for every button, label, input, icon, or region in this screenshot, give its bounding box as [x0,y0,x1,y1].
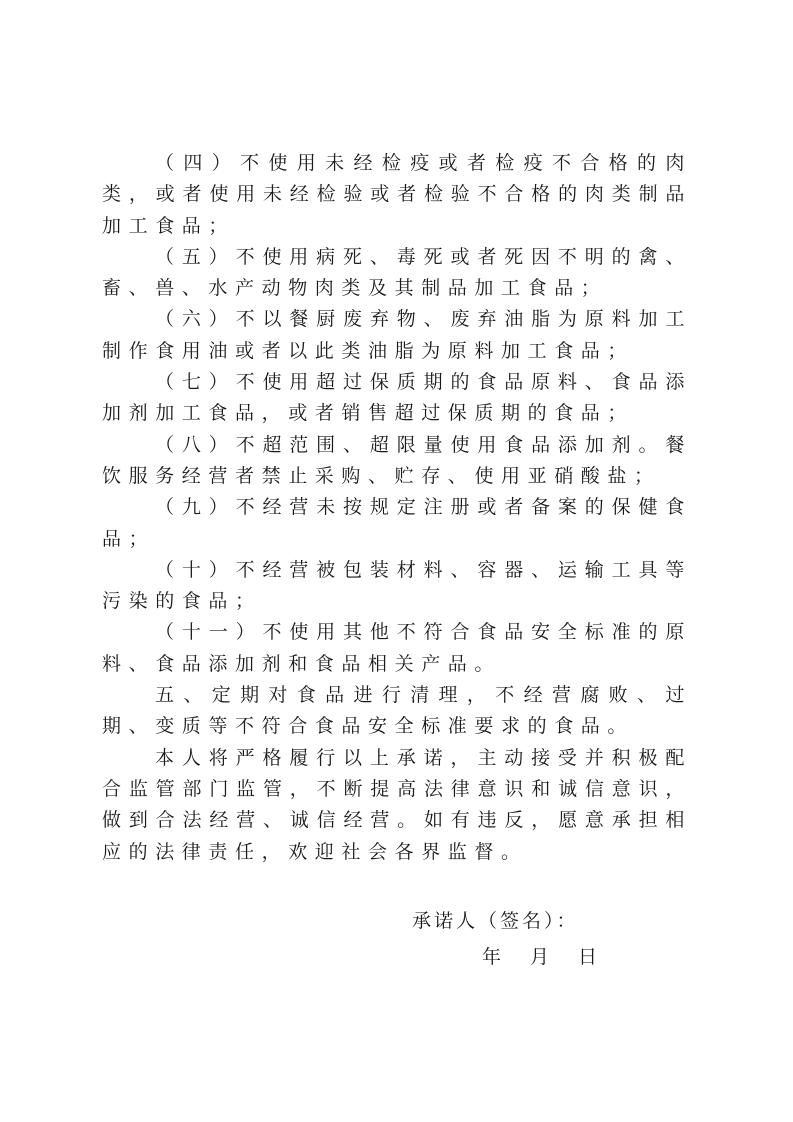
document-body: （四）不使用未经检疫或者检疫不合格的肉类，或者使用未经检验或者检验不合格的肉类制… [102,148,692,868]
date-day-label: 日 [578,939,608,975]
date-year-label: 年 [482,939,530,975]
paragraph-item-7: （七）不使用超过保质期的食品原料、食品添加剂加工食品，或者销售超过保质期的食品； [102,367,692,430]
date-line: 年 月 日 [482,939,608,975]
date-month-label: 月 [530,939,578,975]
paragraph-item-9: （九）不经营未按规定注册或者备案的保健食品； [102,492,692,555]
paragraph-item-8: （八）不超范围、超限量使用食品添加剂。餐饮服务经营者禁止采购、贮存、使用亚硝酸盐… [102,430,692,493]
paragraph-item-6: （六）不以餐厨废弃物、废弃油脂为原料加工制作食用油或者以此类油脂为原料加工食品； [102,304,692,367]
paragraph-commitment: 本人将严格履行以上承诺，主动接受并积极配合监管部门监管，不断提高法律意识和诚信意… [102,743,692,868]
paragraph-item-10: （十）不经营被包装材料、容器、运输工具等污染的食品； [102,555,692,618]
paragraph-item-5: （五）不使用病死、毒死或者死因不明的禽、畜、兽、水产动物肉类及其制品加工食品； [102,242,692,305]
signature-label: 承诺人（签名）： [412,903,579,939]
paragraph-item-11: （十一）不使用其他不符合食品安全标准的原料、食品添加剂和食品相关产品。 [102,617,692,680]
paragraph-section-5: 五、定期对食品进行清理，不经营腐败、过期、变质等不符合食品安全标准要求的食品。 [102,680,692,743]
paragraph-item-4: （四）不使用未经检疫或者检疫不合格的肉类，或者使用未经检验或者检验不合格的肉类制… [102,148,692,242]
